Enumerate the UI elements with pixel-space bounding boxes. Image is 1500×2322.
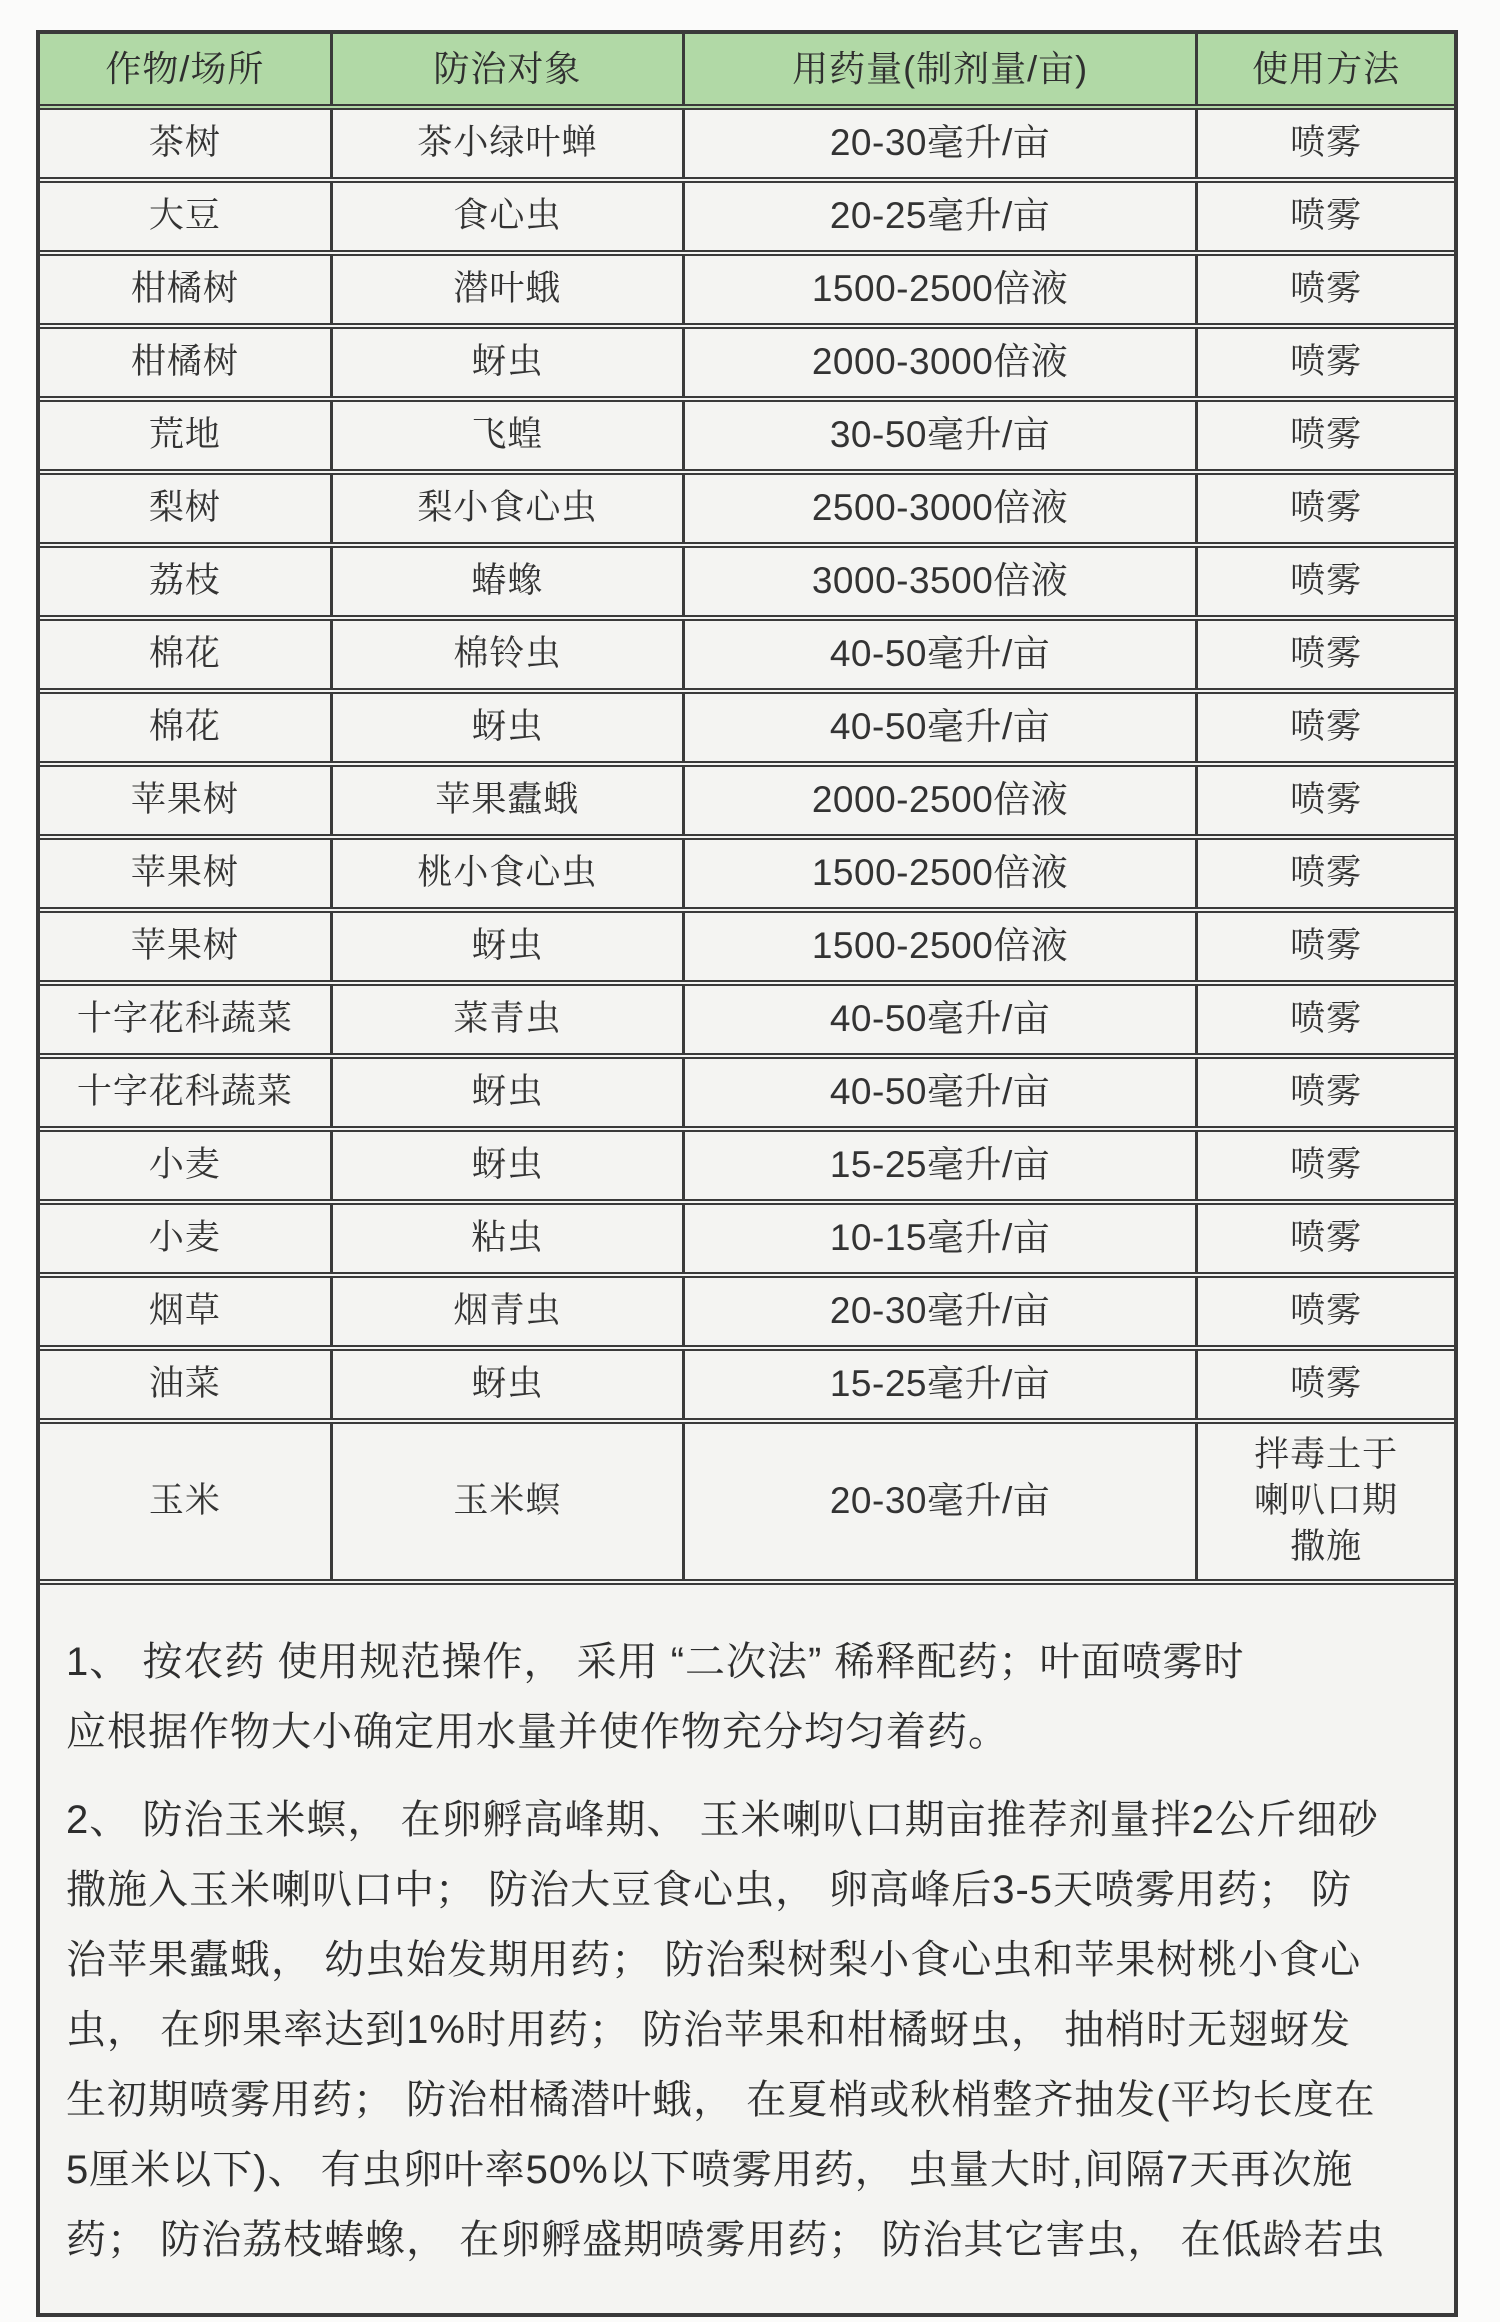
cell-method: 喷雾 bbox=[1195, 110, 1454, 177]
table-row: 十字花科蔬菜蚜虫40-50毫升/亩喷雾 bbox=[40, 1059, 1454, 1132]
table-row: 苹果树桃小食心虫1500-2500倍液喷雾 bbox=[40, 840, 1454, 913]
cell-method: 喷雾 bbox=[1195, 256, 1454, 323]
cell-dosage: 20-25毫升/亩 bbox=[682, 183, 1195, 250]
cell-crop: 柑橘树 bbox=[40, 256, 330, 323]
pesticide-usage-table: 作物/场所 防治对象 用药量(制剂量/亩) 使用方法 茶树茶小绿叶蝉20-30毫… bbox=[36, 30, 1458, 2317]
cell-pest: 蚜虫 bbox=[330, 329, 682, 396]
cell-crop: 十字花科蔬菜 bbox=[40, 986, 330, 1053]
cell-pest: 蚜虫 bbox=[330, 694, 682, 761]
cell-method: 喷雾 bbox=[1195, 913, 1454, 980]
cell-dosage: 40-50毫升/亩 bbox=[682, 986, 1195, 1053]
cell-dosage: 20-30毫升/亩 bbox=[682, 110, 1195, 177]
cell-pest: 桃小食心虫 bbox=[330, 840, 682, 907]
table-row: 棉花棉铃虫40-50毫升/亩喷雾 bbox=[40, 621, 1454, 694]
note-line: 生初期喷雾用药； 防治柑橘潜叶蛾， 在夏梢或秋梢整齐抽发(平均长度在 bbox=[66, 2065, 1428, 2135]
note-line: 虫， 在卵果率达到1%时用药； 防治苹果和柑橘蚜虫， 抽梢时无翅蚜发 bbox=[66, 1995, 1428, 2065]
cell-crop: 梨树 bbox=[40, 475, 330, 542]
cell-dosage: 1500-2500倍液 bbox=[682, 913, 1195, 980]
cell-dosage: 40-50毫升/亩 bbox=[682, 621, 1195, 688]
header-cell-dosage: 用药量(制剂量/亩) bbox=[682, 34, 1195, 104]
cell-pest: 粘虫 bbox=[330, 1205, 682, 1272]
cell-method: 喷雾 bbox=[1195, 986, 1454, 1053]
table-row: 棉花蚜虫40-50毫升/亩喷雾 bbox=[40, 694, 1454, 767]
cell-pest: 菜青虫 bbox=[330, 986, 682, 1053]
cell-pest: 蚜虫 bbox=[330, 913, 682, 980]
cell-dosage: 2500-3000倍液 bbox=[682, 475, 1195, 542]
table-row: 小麦粘虫10-15毫升/亩喷雾 bbox=[40, 1205, 1454, 1278]
table-row: 玉米玉米螟20-30毫升/亩拌毒土于 喇叭口期 撒施 bbox=[40, 1424, 1454, 1585]
cell-method: 喷雾 bbox=[1195, 621, 1454, 688]
cell-crop: 油菜 bbox=[40, 1351, 330, 1418]
cell-method: 喷雾 bbox=[1195, 767, 1454, 834]
cell-crop: 柑橘树 bbox=[40, 329, 330, 396]
note-line: 药； 防治荔枝蝽蟓， 在卵孵盛期喷雾用药； 防治其它害虫， 在低龄若虫 bbox=[66, 2205, 1428, 2275]
cell-pest: 棉铃虫 bbox=[330, 621, 682, 688]
cell-crop: 棉花 bbox=[40, 694, 330, 761]
table-row: 柑橘树潜叶蛾1500-2500倍液喷雾 bbox=[40, 256, 1454, 329]
note-line: 应根据作物大小确定用水量并使作物充分均匀着药。 bbox=[66, 1697, 1428, 1767]
cell-method: 喷雾 bbox=[1195, 548, 1454, 615]
table-body: 茶树茶小绿叶蝉20-30毫升/亩喷雾大豆食心虫20-25毫升/亩喷雾柑橘树潜叶蛾… bbox=[40, 110, 1454, 1585]
cell-crop: 烟草 bbox=[40, 1278, 330, 1345]
table-row: 柑橘树蚜虫2000-3000倍液喷雾 bbox=[40, 329, 1454, 402]
cell-dosage: 1500-2500倍液 bbox=[682, 256, 1195, 323]
cell-pest: 食心虫 bbox=[330, 183, 682, 250]
cell-pest: 烟青虫 bbox=[330, 1278, 682, 1345]
cell-dosage: 30-50毫升/亩 bbox=[682, 402, 1195, 469]
cell-method: 喷雾 bbox=[1195, 1278, 1454, 1345]
cell-crop: 大豆 bbox=[40, 183, 330, 250]
cell-pest: 蚜虫 bbox=[330, 1132, 682, 1199]
cell-method: 喷雾 bbox=[1195, 694, 1454, 761]
cell-pest: 玉米螟 bbox=[330, 1424, 682, 1579]
table-row: 烟草烟青虫20-30毫升/亩喷雾 bbox=[40, 1278, 1454, 1351]
cell-pest: 蝽蟓 bbox=[330, 548, 682, 615]
cell-crop: 茶树 bbox=[40, 110, 330, 177]
cell-method: 喷雾 bbox=[1195, 183, 1454, 250]
cell-method: 拌毒土于 喇叭口期 撒施 bbox=[1195, 1424, 1454, 1579]
table-row: 荔枝蝽蟓3000-3500倍液喷雾 bbox=[40, 548, 1454, 621]
cell-method: 喷雾 bbox=[1195, 402, 1454, 469]
cell-dosage: 3000-3500倍液 bbox=[682, 548, 1195, 615]
note-paragraph: 1、 按农药 使用规范操作， 采用 “二次法” 稀释配药；叶面喷雾时应根据作物大… bbox=[66, 1627, 1428, 1767]
cell-dosage: 10-15毫升/亩 bbox=[682, 1205, 1195, 1272]
cell-pest: 苹果蠹蛾 bbox=[330, 767, 682, 834]
cell-method: 喷雾 bbox=[1195, 1059, 1454, 1126]
cell-pest: 梨小食心虫 bbox=[330, 475, 682, 542]
note-line: 治苹果蠹蛾， 幼虫始发期用药； 防治梨树梨小食心虫和苹果树桃小食心 bbox=[66, 1925, 1428, 1995]
cell-dosage: 2000-2500倍液 bbox=[682, 767, 1195, 834]
note-line: 撒施入玉米喇叭口中； 防治大豆食心虫， 卵高峰后3-5天喷雾用药； 防 bbox=[66, 1855, 1428, 1925]
table-row: 十字花科蔬菜菜青虫40-50毫升/亩喷雾 bbox=[40, 986, 1454, 1059]
cell-dosage: 20-30毫升/亩 bbox=[682, 1424, 1195, 1579]
header-cell-pest: 防治对象 bbox=[330, 34, 682, 104]
cell-crop: 玉米 bbox=[40, 1424, 330, 1579]
note-paragraph: 2、 防治玉米螟， 在卵孵高峰期、 玉米喇叭口期亩推荐剂量拌2公斤细砂撒施入玉米… bbox=[66, 1785, 1428, 2275]
cell-pest: 潜叶蛾 bbox=[330, 256, 682, 323]
note-line: 2、 防治玉米螟， 在卵孵高峰期、 玉米喇叭口期亩推荐剂量拌2公斤细砂 bbox=[66, 1785, 1428, 1855]
cell-pest: 蚜虫 bbox=[330, 1351, 682, 1418]
cell-crop: 十字花科蔬菜 bbox=[40, 1059, 330, 1126]
cell-crop: 荒地 bbox=[40, 402, 330, 469]
cell-dosage: 40-50毫升/亩 bbox=[682, 1059, 1195, 1126]
note-line: 1、 按农药 使用规范操作， 采用 “二次法” 稀释配药；叶面喷雾时 bbox=[66, 1627, 1428, 1697]
note-line: 5厘米以下)、 有虫卵叶率50%以下喷雾用药， 虫量大时,间隔7天再次施 bbox=[66, 2135, 1428, 2205]
table-row: 茶树茶小绿叶蝉20-30毫升/亩喷雾 bbox=[40, 110, 1454, 183]
table-row: 荒地飞蝗30-50毫升/亩喷雾 bbox=[40, 402, 1454, 475]
table-row: 大豆食心虫20-25毫升/亩喷雾 bbox=[40, 183, 1454, 256]
cell-method: 喷雾 bbox=[1195, 329, 1454, 396]
table-row: 梨树梨小食心虫2500-3000倍液喷雾 bbox=[40, 475, 1454, 548]
cell-dosage: 15-25毫升/亩 bbox=[682, 1132, 1195, 1199]
cell-pest: 飞蝗 bbox=[330, 402, 682, 469]
header-cell-method: 使用方法 bbox=[1195, 34, 1454, 104]
cell-method: 喷雾 bbox=[1195, 1205, 1454, 1272]
cell-dosage: 40-50毫升/亩 bbox=[682, 694, 1195, 761]
cell-dosage: 2000-3000倍液 bbox=[682, 329, 1195, 396]
cell-crop: 苹果树 bbox=[40, 913, 330, 980]
header-cell-crop: 作物/场所 bbox=[40, 34, 330, 104]
cell-dosage: 20-30毫升/亩 bbox=[682, 1278, 1195, 1345]
cell-pest: 蚜虫 bbox=[330, 1059, 682, 1126]
cell-method: 喷雾 bbox=[1195, 840, 1454, 907]
table-header-row: 作物/场所 防治对象 用药量(制剂量/亩) 使用方法 bbox=[40, 34, 1454, 110]
cell-crop: 棉花 bbox=[40, 621, 330, 688]
table-row: 小麦蚜虫15-25毫升/亩喷雾 bbox=[40, 1132, 1454, 1205]
cell-method: 喷雾 bbox=[1195, 1132, 1454, 1199]
table-row: 油菜蚜虫15-25毫升/亩喷雾 bbox=[40, 1351, 1454, 1424]
cell-dosage: 1500-2500倍液 bbox=[682, 840, 1195, 907]
table-row: 苹果树蚜虫1500-2500倍液喷雾 bbox=[40, 913, 1454, 986]
cell-crop: 苹果树 bbox=[40, 767, 330, 834]
cell-crop: 小麦 bbox=[40, 1205, 330, 1272]
cell-crop: 小麦 bbox=[40, 1132, 330, 1199]
cell-method: 喷雾 bbox=[1195, 475, 1454, 542]
table-row: 苹果树苹果蠹蛾2000-2500倍液喷雾 bbox=[40, 767, 1454, 840]
cell-method: 喷雾 bbox=[1195, 1351, 1454, 1418]
cell-crop: 荔枝 bbox=[40, 548, 330, 615]
cell-crop: 苹果树 bbox=[40, 840, 330, 907]
cell-dosage: 15-25毫升/亩 bbox=[682, 1351, 1195, 1418]
usage-notes: 1、 按农药 使用规范操作， 采用 “二次法” 稀释配药；叶面喷雾时应根据作物大… bbox=[40, 1585, 1454, 2313]
cell-pest: 茶小绿叶蝉 bbox=[330, 110, 682, 177]
